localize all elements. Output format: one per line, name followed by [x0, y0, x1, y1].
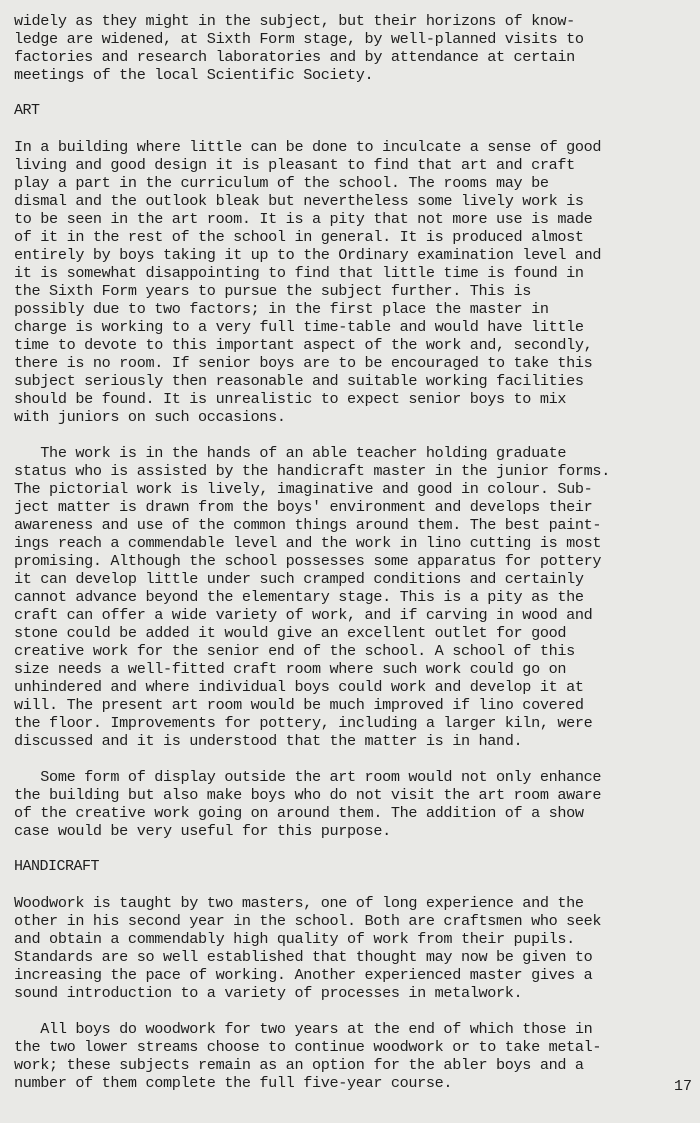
text-line: creative work for the senior end of the …	[14, 642, 694, 660]
text-line: sound introduction to a variety of proce…	[14, 984, 694, 1002]
text-line: of it in the rest of the school in gener…	[14, 228, 694, 246]
text-line: of the creative work going on around the…	[14, 804, 694, 822]
text-line: the two lower streams choose to continue…	[14, 1038, 694, 1056]
text-line: subject seriously then reasonable and su…	[14, 372, 694, 390]
text-line: factories and research laboratories and …	[14, 48, 694, 66]
text-line: it is somewhat disappointing to find tha…	[14, 264, 694, 282]
paragraph: In a building where little can be done t…	[14, 138, 694, 426]
text-line: other in his second year in the school. …	[14, 912, 694, 930]
text-line: discussed and it is understood that the …	[14, 732, 694, 750]
text-line: size needs a well-fitted craft room wher…	[14, 660, 694, 678]
text-line: and obtain a commendably high quality of…	[14, 930, 694, 948]
section-art: ART In a building where little can be do…	[14, 102, 694, 840]
document-page: widely as they might in the subject, but…	[14, 12, 694, 1092]
text-line: living and good design it is pleasant to…	[14, 156, 694, 174]
text-line: dismal and the outlook bleak but neverth…	[14, 192, 694, 210]
text-line: work; these subjects remain as an option…	[14, 1056, 694, 1074]
text-line: promising. Although the school possesses…	[14, 552, 694, 570]
text-line: Some form of display outside the art roo…	[14, 768, 694, 786]
text-line: charge is working to a very full time-ta…	[14, 318, 694, 336]
text-line: widely as they might in the subject, but…	[14, 12, 694, 30]
section-heading: HANDICRAFT	[14, 858, 694, 876]
text-line: The pictorial work is lively, imaginativ…	[14, 480, 694, 498]
text-line: number of them complete the full five-ye…	[14, 1074, 694, 1092]
text-line: ings reach a commendable level and the w…	[14, 534, 694, 552]
page-number: 17	[674, 1078, 692, 1096]
text-line: the floor. Improvements for pottery, inc…	[14, 714, 694, 732]
text-line: In a building where little can be done t…	[14, 138, 694, 156]
text-line: awareness and use of the common things a…	[14, 516, 694, 534]
text-line: case would be very useful for this purpo…	[14, 822, 694, 840]
text-line: All boys do woodwork for two years at th…	[14, 1020, 694, 1038]
text-line: Standards are so well established that t…	[14, 948, 694, 966]
text-line: increasing the pace of working. Another …	[14, 966, 694, 984]
paragraph: Some form of display outside the art roo…	[14, 768, 694, 840]
text-line: The work is in the hands of an able teac…	[14, 444, 694, 462]
paragraph: All boys do woodwork for two years at th…	[14, 1020, 694, 1092]
text-line: ject matter is drawn from the boys' envi…	[14, 498, 694, 516]
text-line: play a part in the curriculum of the sch…	[14, 174, 694, 192]
text-line: unhindered and where individual boys cou…	[14, 678, 694, 696]
text-line: status who is assisted by the handicraft…	[14, 462, 694, 480]
text-line: the building but also make boys who do n…	[14, 786, 694, 804]
paragraph: The work is in the hands of an able teac…	[14, 444, 694, 750]
text-line: the Sixth Form years to pursue the subje…	[14, 282, 694, 300]
text-line: there is no room. If senior boys are to …	[14, 354, 694, 372]
text-line: will. The present art room would be much…	[14, 696, 694, 714]
text-line: Woodwork is taught by two masters, one o…	[14, 894, 694, 912]
text-line: stone could be added it would give an ex…	[14, 624, 694, 642]
section-handicraft: HANDICRAFT Woodwork is taught by two mas…	[14, 858, 694, 1092]
text-line: time to devote to this important aspect …	[14, 336, 694, 354]
text-line: with juniors on such occasions.	[14, 408, 694, 426]
text-line: should be found. It is unrealistic to ex…	[14, 390, 694, 408]
section-heading: ART	[14, 102, 694, 120]
text-line: ledge are widened, at Sixth Form stage, …	[14, 30, 694, 48]
intro-paragraph: widely as they might in the subject, but…	[14, 12, 694, 84]
text-line: cannot advance beyond the elementary sta…	[14, 588, 694, 606]
text-line: it can develop little under such cramped…	[14, 570, 694, 588]
text-line: to be seen in the art room. It is a pity…	[14, 210, 694, 228]
paragraph: Woodwork is taught by two masters, one o…	[14, 894, 694, 1002]
text-line: possibly due to two factors; in the firs…	[14, 300, 694, 318]
text-line: entirely by boys taking it up to the Ord…	[14, 246, 694, 264]
text-line: craft can offer a wide variety of work, …	[14, 606, 694, 624]
text-line: meetings of the local Scientific Society…	[14, 66, 694, 84]
